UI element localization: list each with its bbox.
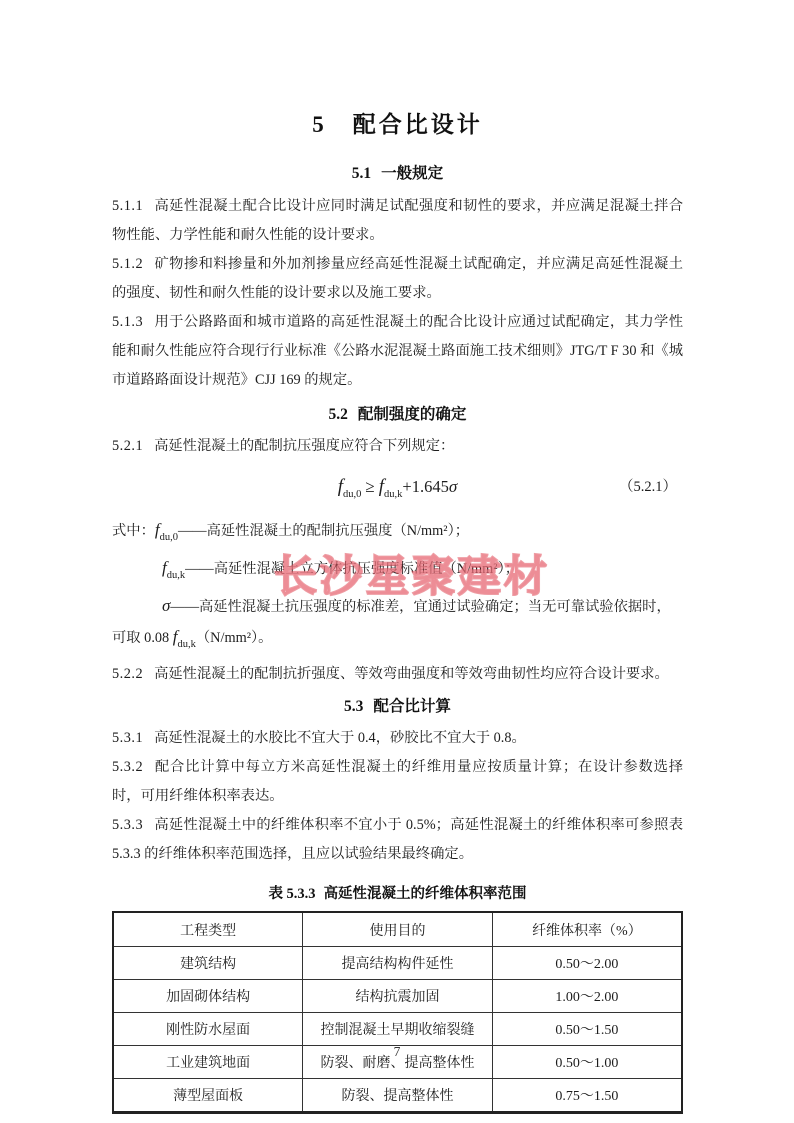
section-heading-5-2: 5.2配制强度的确定: [112, 402, 683, 424]
clause-text: 高延性混凝土配合比设计应同时满足试配强度和韧性的要求，并应满足混凝土拌合物性能、…: [112, 198, 683, 243]
clause-5-3-3: 5.3.3高延性混凝土中的纤维体积率不宜小于 0.5%；高延性混凝土的纤维体积率…: [112, 811, 683, 869]
legend-text: ——高延性混凝土立方体抗压强度标准值（N/mm²）；: [185, 561, 519, 577]
legend-item-sigma: σ——高延性混凝土抗压强度的标准差，宜通过试验确定；当无可靠试验依据时，: [112, 591, 683, 622]
table-caption: 高延性混凝土的纤维体积率范围: [324, 886, 527, 902]
legend-text: ——高延性混凝土的配制抗压强度（N/mm²）；: [178, 523, 469, 539]
table-row: 建筑结构 提高结构构件延性 0.50～2.00: [113, 947, 682, 980]
legend-item-fdu0: 式中：fdu,0——高延性混凝土的配制抗压强度（N/mm²）；: [112, 515, 683, 553]
table-header-cell: 使用目的: [303, 912, 493, 947]
table-header-row: 工程类型 使用目的 纤维体积率（%）: [113, 912, 682, 947]
fiber-volume-table: 工程类型 使用目的 纤维体积率（%） 建筑结构 提高结构构件延性 0.50～2.…: [112, 911, 683, 1114]
section-heading-5-1: 5.1一般规定: [112, 161, 683, 183]
table-cell: 0.50～1.50: [492, 1013, 682, 1046]
clause-number: 5.3.2: [112, 759, 143, 775]
math-subscript: du,0: [343, 489, 361, 500]
legend-item-fduk: fdu,k——高延性混凝土立方体抗压强度标准值（N/mm²）；: [112, 553, 683, 591]
clause-text: 高延性混凝土中的纤维体积率不宜小于 0.5%；高延性混凝土的纤维体积率可参照表 …: [112, 817, 683, 862]
clause-number: 5.1.3: [112, 314, 143, 330]
table-cell: 提高结构构件延性: [303, 947, 493, 980]
equation-legend: 式中：fdu,0——高延性混凝土的配制抗压强度（N/mm²）； fdu,k——高…: [112, 515, 683, 660]
section-number: 5.1: [352, 165, 371, 182]
table-cell: 1.00～2.00: [492, 980, 682, 1013]
clause-number: 5.3.3: [112, 817, 143, 833]
legend-text: 可取 0.08: [112, 630, 169, 646]
equation-number: （5.2.1）: [619, 468, 677, 506]
table-cell: 薄型屋面板: [113, 1079, 303, 1113]
clause-5-1-1: 5.1.1高延性混凝土配合比设计应同时满足试配强度和韧性的要求，并应满足混凝土拌…: [112, 192, 683, 250]
clause-number: 5.3.1: [112, 730, 143, 746]
table-cell: 0.75～1.50: [492, 1079, 682, 1113]
math-subscript: du,k: [178, 639, 196, 650]
section-title: 配合比计算: [373, 698, 451, 715]
legend-text: （N/mm²）。: [196, 630, 273, 646]
table-title: 表 5.3.3高延性混凝土的纤维体积率范围: [112, 882, 683, 903]
clause-text: 高延性混凝土的配制抗折强度、等效弯曲强度和等效弯曲韧性均应符合设计要求。: [154, 666, 669, 682]
clause-5-2-1: 5.2.1高延性混凝土的配制抗压强度应符合下列规定：: [112, 432, 683, 461]
table-cell: 防裂、提高整体性: [303, 1079, 493, 1113]
clause-number: 5.1.1: [112, 198, 143, 214]
table-cell: 加固砌体结构: [113, 980, 303, 1013]
table-row: 加固砌体结构 结构抗震加固 1.00～2.00: [113, 980, 682, 1013]
page-number: 7: [0, 1044, 794, 1060]
section-number: 5.2: [329, 406, 348, 423]
section-title: 配制强度的确定: [358, 406, 467, 423]
clause-5-3-1: 5.3.1高延性混凝土的水胶比不宜大于 0.4，砂胶比不宜大于 0.8。: [112, 724, 683, 753]
legend-item-sigma-continued: 可取 0.08 fdu,k（N/mm²）。: [112, 622, 683, 660]
clause-text: 配合比计算中每立方米高延性混凝土的纤维用量应按质量计算；在设计参数选择时，可用纤…: [112, 759, 683, 804]
section-number: 5.3: [344, 698, 363, 715]
section-title: 一般规定: [381, 165, 443, 182]
table-cell: 0.50～2.00: [492, 947, 682, 980]
sigma-symbol: σ: [449, 477, 457, 496]
clause-5-3-2: 5.3.2配合比计算中每立方米高延性混凝土的纤维用量应按质量计算；在设计参数选择…: [112, 753, 683, 811]
greater-equal-sign: ≥: [361, 477, 378, 496]
clause-text: 矿物掺和料掺量和外加剂掺量应经高延性混凝土试配确定，并应满足高延性混凝土的强度、…: [112, 256, 683, 301]
legend-label: 式中：: [112, 523, 155, 539]
legend-text: ——高延性混凝土抗压强度的标准差，宜通过试验确定；当无可靠试验依据时，: [170, 599, 670, 615]
table-cell: 控制混凝土早期收缩裂缝: [303, 1013, 493, 1046]
math-subscript: du,k: [167, 570, 185, 581]
clause-number: 5.1.2: [112, 256, 143, 272]
clause-text: 用于公路路面和城市道路的高延性混凝土的配合比设计应通过试配确定，其力学性能和耐久…: [112, 314, 683, 388]
clause-number: 5.2.1: [112, 438, 143, 454]
table-row: 薄型屋面板 防裂、提高整体性 0.75～1.50: [113, 1079, 682, 1113]
table-number: 表 5.3.3: [268, 886, 315, 902]
clause-text: 高延性混凝土的配制抗压强度应符合下列规定：: [154, 438, 454, 454]
clause-text: 高延性混凝土的水胶比不宜大于 0.4，砂胶比不宜大于 0.8。: [154, 730, 526, 746]
table-header-cell: 工程类型: [113, 912, 303, 947]
table-row: 刚性防水屋面 控制混凝土早期收缩裂缝 0.50～1.50: [113, 1013, 682, 1046]
clause-5-2-2: 5.2.2高延性混凝土的配制抗折强度、等效弯曲强度和等效弯曲韧性均应符合设计要求…: [112, 660, 683, 689]
page-content: 5 配合比设计 5.1一般规定 5.1.1高延性混凝土配合比设计应同时满足试配强…: [112, 0, 683, 1114]
section-heading-5-3: 5.3配合比计算: [112, 694, 683, 716]
table-header-cell: 纤维体积率（%）: [492, 912, 682, 947]
clause-5-1-2: 5.1.2矿物掺和料掺量和外加剂掺量应经高延性混凝土试配确定，并应满足高延性混凝…: [112, 250, 683, 308]
table-cell: 结构抗震加固: [303, 980, 493, 1013]
table-cell: 建筑结构: [113, 947, 303, 980]
math-subscript: du,k: [384, 489, 402, 500]
table-cell: 刚性防水屋面: [113, 1013, 303, 1046]
math-coefficient: +1.645: [402, 477, 448, 496]
math-subscript: du,0: [160, 532, 178, 543]
clause-5-1-3: 5.1.3用于公路路面和城市道路的高延性混凝土的配合比设计应通过试配确定，其力学…: [112, 308, 683, 395]
chapter-title: 5 配合比设计: [112, 106, 683, 139]
equation-5-2-1: fdu,0≥fdu,k+1.645σ （5.2.1）: [112, 468, 683, 506]
clause-number: 5.2.2: [112, 666, 143, 682]
